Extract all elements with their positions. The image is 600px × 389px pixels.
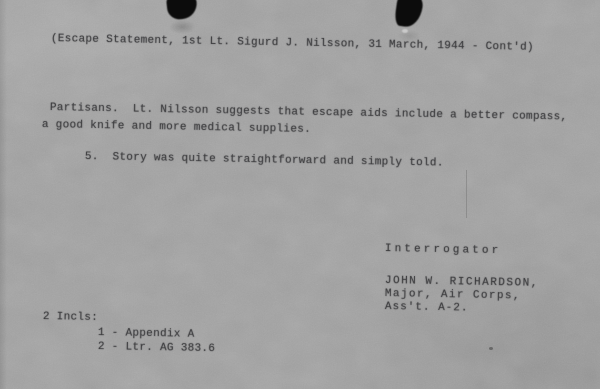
- punch-hole-right: [394, 0, 424, 29]
- scan-dark-speck: [489, 347, 493, 350]
- paragraph-continuation-line-2: a good knife and more medical supplies.: [42, 119, 311, 136]
- paper-crease: [466, 170, 467, 218]
- interrogator-rank: Major, Air Corps,: [385, 288, 521, 302]
- punch-hole-left: [166, 0, 198, 20]
- numbered-item-5: 5. Story was quite straightforward and s…: [85, 151, 444, 170]
- header-line: (Escape Statement, 1st Lt. Sigurd J. Nil…: [51, 33, 534, 54]
- scanned-document-page: (Escape Statement, 1st Lt. Sigurd J. Nil…: [0, 0, 600, 389]
- interrogator-title: Ass't. A-2.: [385, 301, 469, 315]
- interrogator-label: Interrogator: [385, 243, 502, 257]
- paper-grain-texture: [0, 0, 600, 389]
- enclosures-heading: 2 Incls:: [43, 311, 98, 324]
- enclosure-item: 1 - Appendix A: [98, 327, 195, 341]
- enclosure-item: 2 - Ltr. AG 383.6: [98, 341, 216, 355]
- scan-white-speck: [402, 29, 408, 33]
